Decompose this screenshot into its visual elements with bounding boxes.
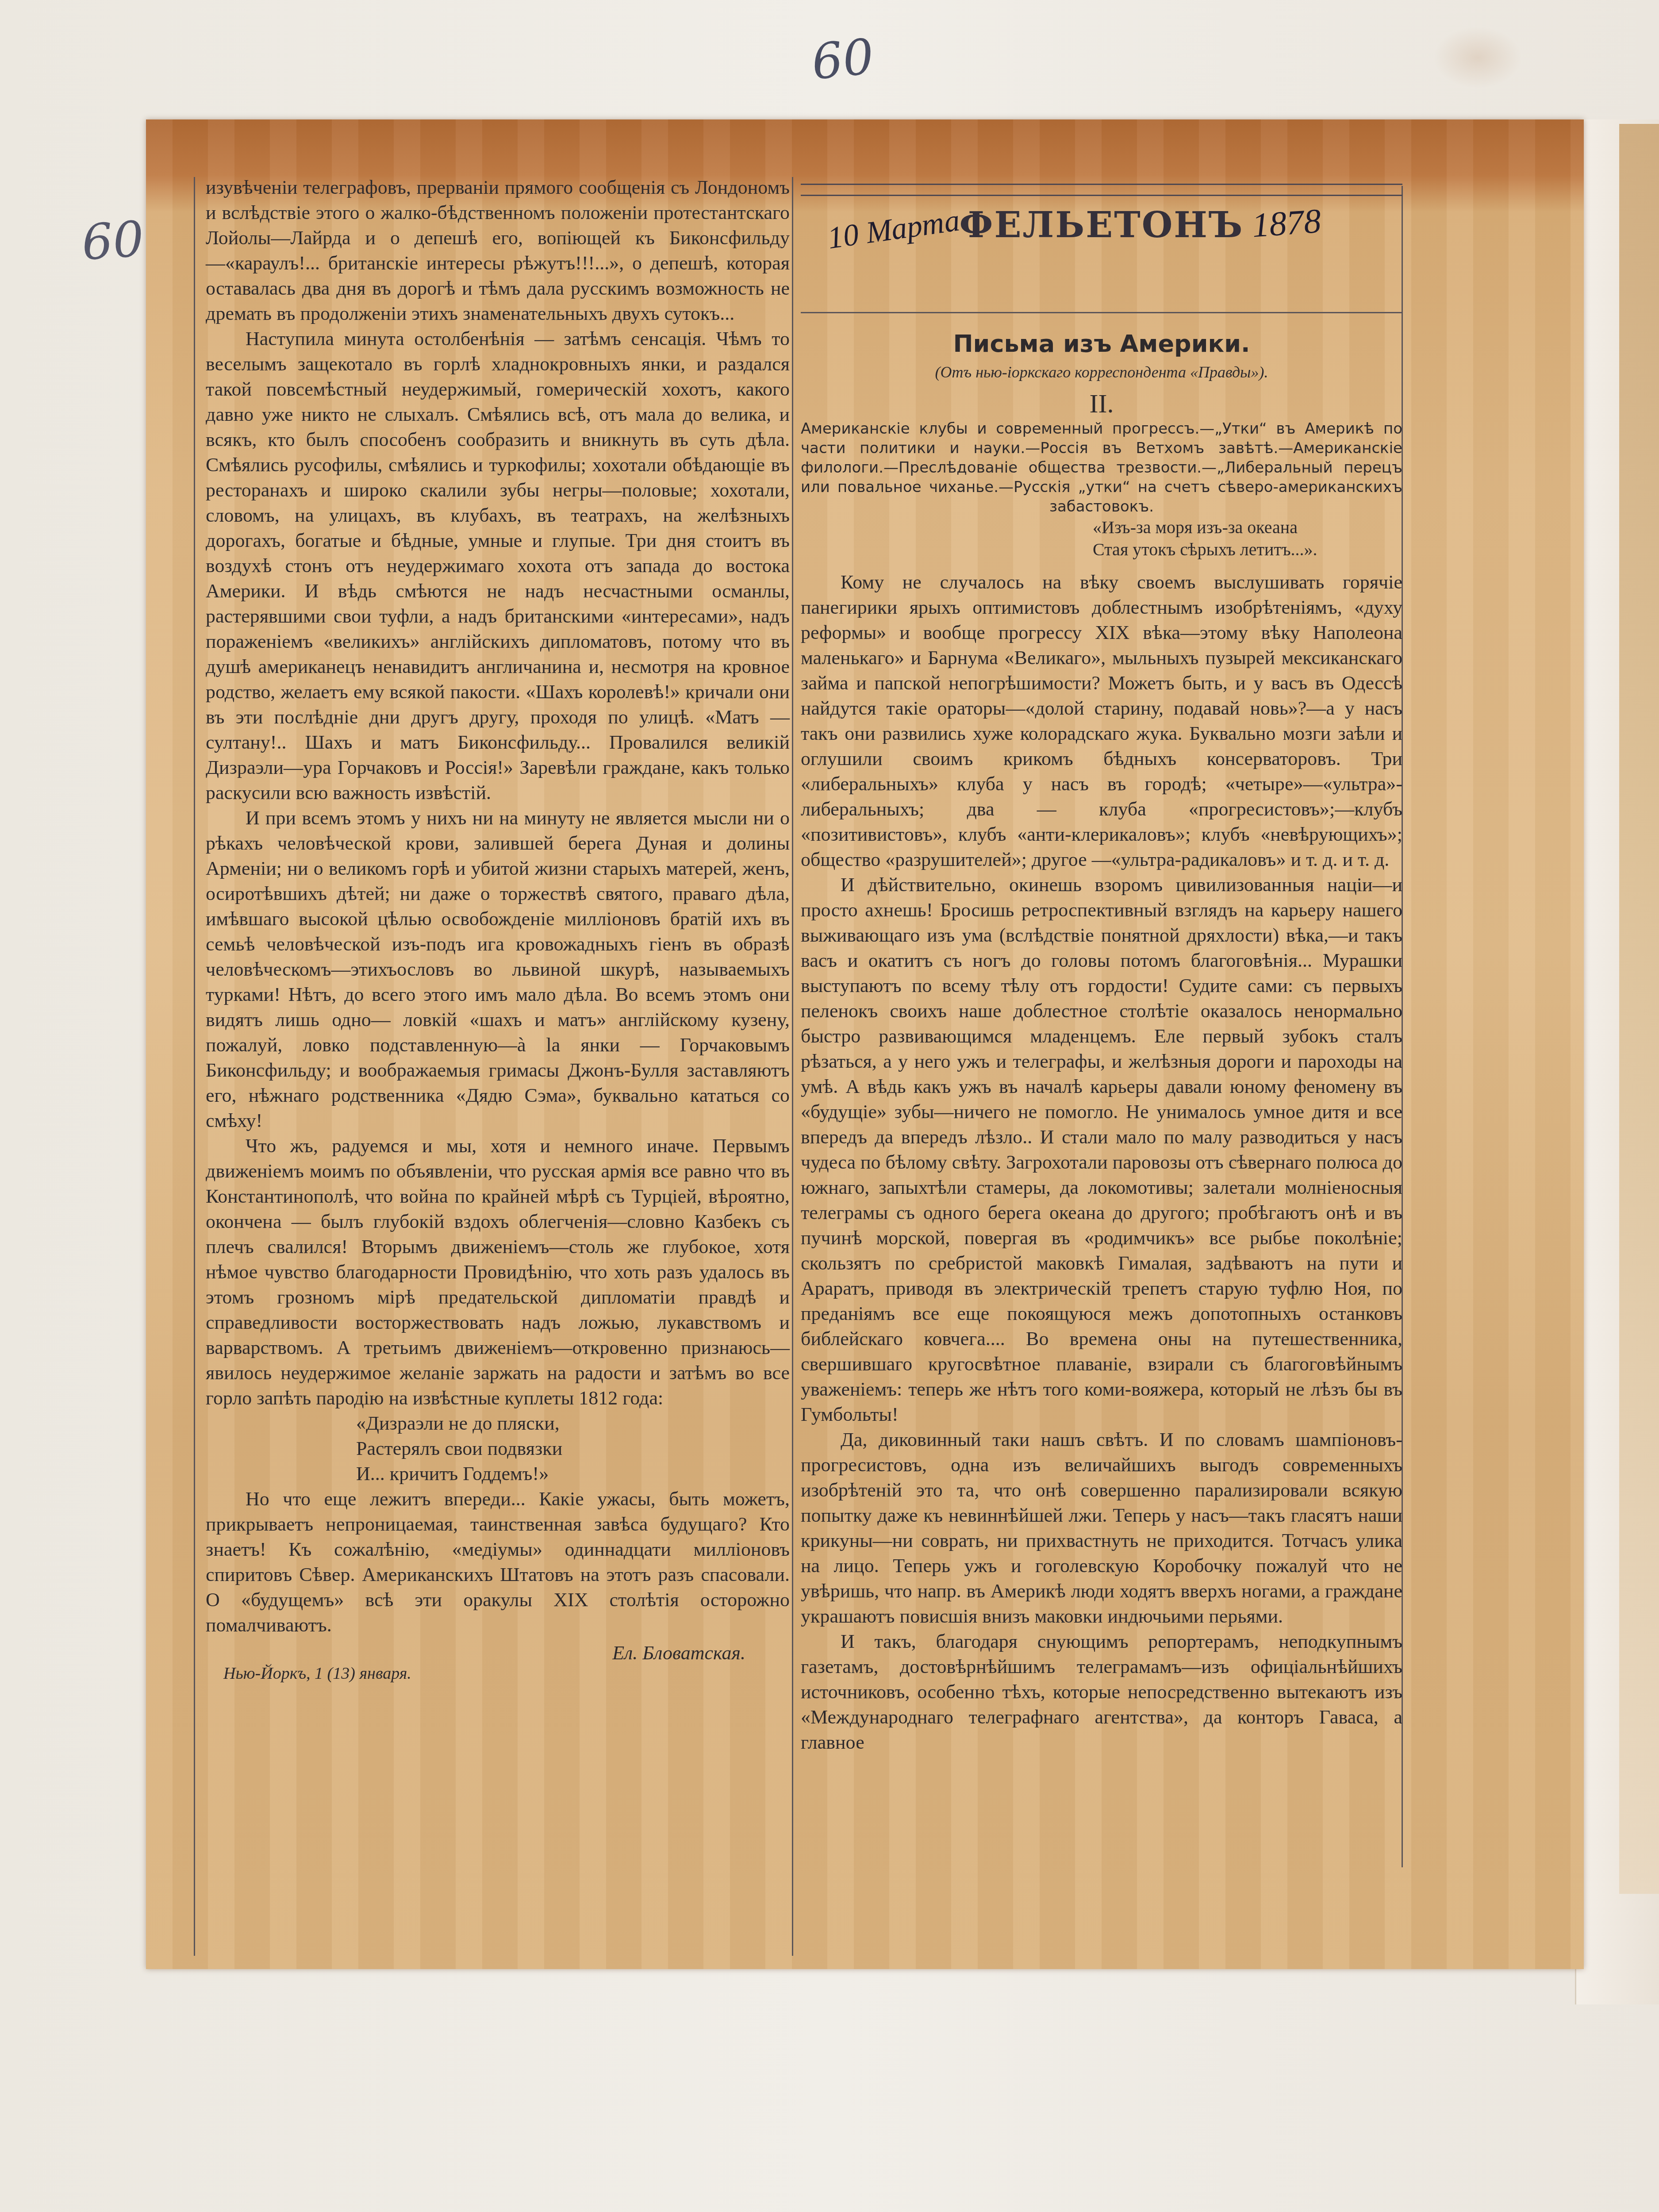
handwritten-year: 1878 xyxy=(1251,208,1322,238)
verse-line: И... кричитъ Годдемъ!» xyxy=(356,1461,790,1486)
stain xyxy=(1433,27,1522,88)
epigraph-line: «Изъ-за моря изъ-за океана xyxy=(1093,516,1402,539)
article-subtitle: (Отъ нью-іоркскаго корреспондента «Правд… xyxy=(801,360,1402,385)
epigraph-line: Стая утокъ сѣрыхъ летитъ...». xyxy=(1093,539,1402,561)
right-column: 10 Марта ФЕЛЬЕТОНЪ 1878 Письма изъ Амери… xyxy=(801,175,1402,1755)
left-column: изувѣченіи телеграфовъ, прерваніи прямог… xyxy=(206,175,790,1686)
page-number-left: 60 xyxy=(80,210,146,271)
article-summary: Американскіе клубы и современный прогрес… xyxy=(801,419,1402,516)
verse: «Дизраэли не до пляски, Растерялъ свои п… xyxy=(206,1411,790,1486)
paragraph: Да, диковинный таки нашъ свѣтъ. И по сло… xyxy=(801,1427,1402,1629)
adjacent-clipping-edge xyxy=(1619,124,1659,1894)
header-rule xyxy=(801,184,1402,185)
paragraph: Наступила минута остолбенѣнія — затѣмъ с… xyxy=(206,326,790,805)
paragraph: И дѣйствительно, окинешь взоромъ цивилиз… xyxy=(801,872,1402,1427)
column-rule-middle xyxy=(792,177,793,1956)
verse-line: Растерялъ свои подвязки xyxy=(356,1436,790,1461)
paragraph: И такъ, благодаря снующимъ репортерамъ, … xyxy=(801,1629,1402,1755)
verse-line: «Дизраэли не до пляски, xyxy=(356,1411,790,1436)
paragraph: Кому не случалось на вѣку своемъ выслуши… xyxy=(801,569,1402,872)
epigraph: «Изъ-за моря изъ-за океана Стая утокъ сѣ… xyxy=(801,516,1402,561)
page-number-top: 60 xyxy=(809,28,877,91)
column-rule-left xyxy=(194,177,195,1956)
paragraph: Что жъ, радуемся и мы, хотя и немного ин… xyxy=(206,1133,790,1411)
article-title: Письма изъ Америки. xyxy=(801,331,1402,356)
paragraph: Но что еще лежитъ впереди... Какіе ужасы… xyxy=(206,1486,790,1638)
paragraph: И при всемъ этомъ у нихъ ни на минуту не… xyxy=(206,805,790,1133)
part-number: II. xyxy=(801,391,1402,416)
feuilleton-header: 10 Марта ФЕЛЬЕТОНЪ 1878 xyxy=(801,175,1402,313)
header-rule xyxy=(801,195,1402,196)
paragraph: изувѣченіи телеграфовъ, прерваніи прямог… xyxy=(206,175,790,326)
